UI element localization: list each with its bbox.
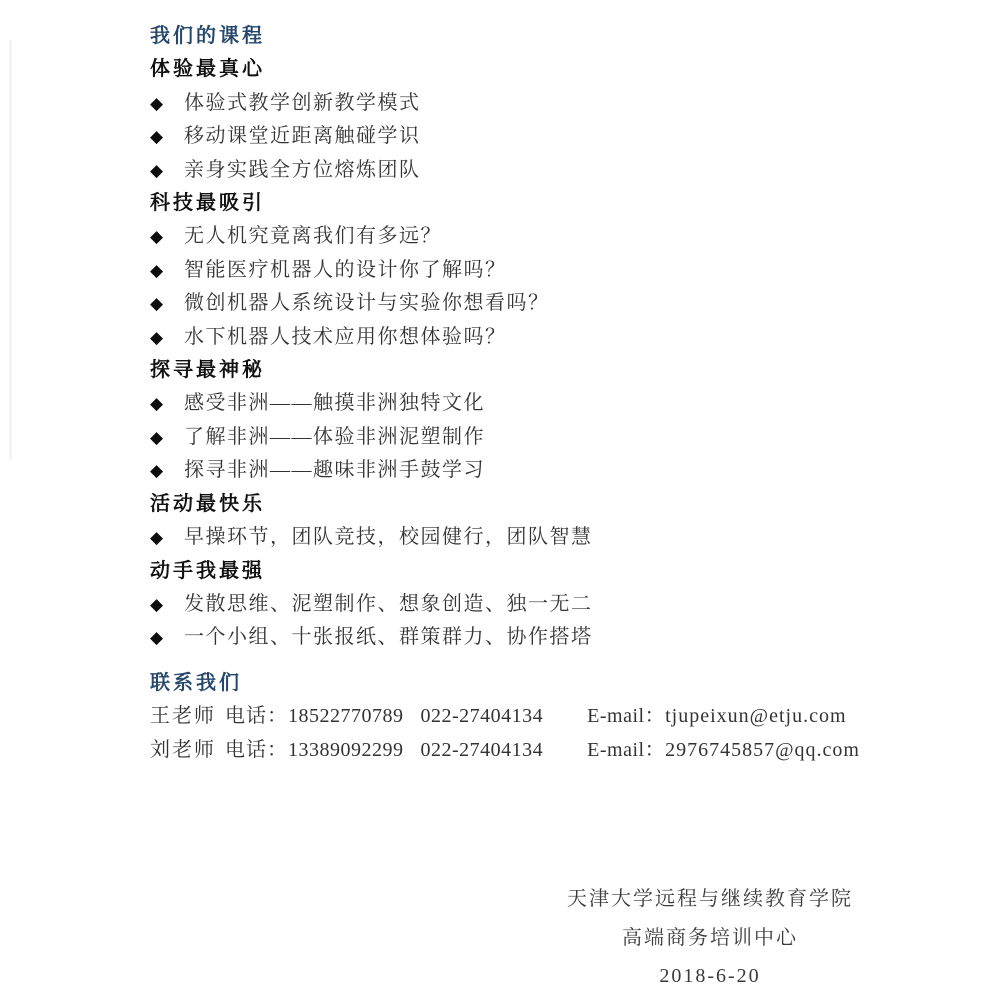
diamond-bullet-icon: ◆ [150, 287, 170, 320]
course-document: 我们的课程 体验最真心 ◆ 体验式教学创新教学模式 ◆ 移动课堂近距离触碰学识 … [150, 20, 910, 767]
section-hands-on: 动手我最强 ◆ 发散思维、泥塑制作、想象创造、独一无二 ◆ 一个小组、十张报纸、… [150, 555, 910, 655]
list-item: ◆ 早操环节，团队竞技，校园健行，团队智慧 [150, 521, 910, 554]
contact-row: 王老师 电话： 18522770789 022-27404134 E-mail：… [150, 700, 910, 733]
diamond-bullet-icon: ◆ [150, 387, 170, 420]
email-label: E-mail： [587, 700, 665, 733]
scan-edge-artifact [9, 40, 12, 460]
teacher-name: 王老师 [150, 700, 216, 733]
landline-number: 022-27404134 [421, 700, 544, 733]
section-technology: 科技最吸引 ◆ 无人机究竟离我们有多远？ ◆ 智能医疗机器人的设计你了解吗？ ◆… [150, 187, 910, 354]
section-activity: 活动最快乐 ◆ 早操环节，团队竞技，校园健行，团队智慧 [150, 488, 910, 555]
section-title: 科技最吸引 [150, 187, 910, 220]
list-item: ◆ 水下机器人技术应用你想体验吗？ [150, 321, 910, 354]
teacher-name: 刘老师 [150, 734, 216, 767]
bullet-text: 感受非洲——触摸非洲独特文化 [184, 387, 485, 420]
diamond-bullet-icon: ◆ [150, 321, 170, 354]
phone-label: 电话： [225, 734, 288, 767]
landline-number: 022-27404134 [421, 734, 544, 767]
list-item: ◆ 体验式教学创新教学模式 [150, 87, 910, 120]
section-explore: 探寻最神秘 ◆ 感受非洲——触摸非洲独特文化 ◆ 了解非洲——体验非洲泥塑制作 … [150, 354, 910, 488]
diamond-bullet-icon: ◆ [150, 220, 170, 253]
list-item: ◆ 了解非洲——体验非洲泥塑制作 [150, 421, 910, 454]
bullet-text: 一个小组、十张报纸、群策群力、协作搭塔 [184, 621, 593, 654]
bullet-text: 智能医疗机器人的设计你了解吗？ [184, 254, 507, 287]
list-item: ◆ 无人机究竟离我们有多远？ [150, 220, 910, 253]
list-item: ◆ 一个小组、十张报纸、群策群力、协作搭塔 [150, 621, 910, 654]
section-title: 动手我最强 [150, 555, 910, 588]
phone-label: 电话： [225, 700, 288, 733]
bullet-text: 了解非洲——体验非洲泥塑制作 [184, 421, 485, 454]
section-title: 体验最真心 [150, 53, 910, 86]
bullet-text: 移动课堂近距离触碰学识 [184, 120, 421, 153]
bullet-text: 微创机器人系统设计与实验你想看吗？ [184, 287, 550, 320]
bullet-text: 早操环节，团队竞技，校园健行，团队智慧 [184, 521, 593, 554]
list-item: ◆ 亲身实践全方位熔炼团队 [150, 154, 910, 187]
diamond-bullet-icon: ◆ [150, 254, 170, 287]
bullet-text: 探寻非洲——趣味非洲手鼓学习 [184, 454, 485, 487]
page-title: 我们的课程 [150, 20, 910, 53]
contact-section: 联系我们 王老师 电话： 18522770789 022-27404134 E-… [150, 667, 910, 767]
bullet-text: 体验式教学创新教学模式 [184, 87, 421, 120]
bullet-text: 水下机器人技术应用你想体验吗？ [184, 321, 507, 354]
bullet-text: 发散思维、泥塑制作、想象创造、独一无二 [184, 588, 593, 621]
diamond-bullet-icon: ◆ [150, 120, 170, 153]
list-item: ◆ 探寻非洲——趣味非洲手鼓学习 [150, 454, 910, 487]
email-address: 2976745857@qq.com [665, 734, 860, 767]
list-item: ◆ 微创机器人系统设计与实验你想看吗？ [150, 287, 910, 320]
mobile-number: 18522770789 [288, 700, 404, 733]
diamond-bullet-icon: ◆ [150, 87, 170, 120]
mobile-number: 13389092299 [288, 734, 404, 767]
list-item: ◆ 智能医疗机器人的设计你了解吗？ [150, 254, 910, 287]
section-title: 探寻最神秘 [150, 354, 910, 387]
list-item: ◆ 发散思维、泥塑制作、想象创造、独一无二 [150, 588, 910, 621]
signature-block: 天津大学远程与继续教育学院 高端商务培训中心 2018-6-20 [450, 880, 970, 993]
signature-date: 2018-6-20 [450, 957, 970, 993]
contact-heading: 联系我们 [150, 667, 910, 700]
document-page: { "colors": { "heading_accent": "#25476b… [0, 0, 994, 993]
email-address: tjupeixun@etju.com [665, 700, 846, 733]
bullet-text: 亲身实践全方位熔炼团队 [184, 154, 421, 187]
diamond-bullet-icon: ◆ [150, 588, 170, 621]
diamond-bullet-icon: ◆ [150, 454, 170, 487]
list-item: ◆ 感受非洲——触摸非洲独特文化 [150, 387, 910, 420]
diamond-bullet-icon: ◆ [150, 521, 170, 554]
contact-row: 刘老师 电话： 13389092299 022-27404134 E-mail：… [150, 734, 910, 767]
email-label: E-mail： [587, 734, 665, 767]
diamond-bullet-icon: ◆ [150, 154, 170, 187]
diamond-bullet-icon: ◆ [150, 621, 170, 654]
signature-center: 高端商务培训中心 [450, 919, 970, 958]
diamond-bullet-icon: ◆ [150, 421, 170, 454]
list-item: ◆ 移动课堂近距离触碰学识 [150, 120, 910, 153]
bullet-text: 无人机究竟离我们有多远？ [184, 220, 442, 253]
section-title: 活动最快乐 [150, 488, 910, 521]
signature-organization: 天津大学远程与继续教育学院 [450, 880, 970, 919]
section-experience: 体验最真心 ◆ 体验式教学创新教学模式 ◆ 移动课堂近距离触碰学识 ◆ 亲身实践… [150, 53, 910, 187]
